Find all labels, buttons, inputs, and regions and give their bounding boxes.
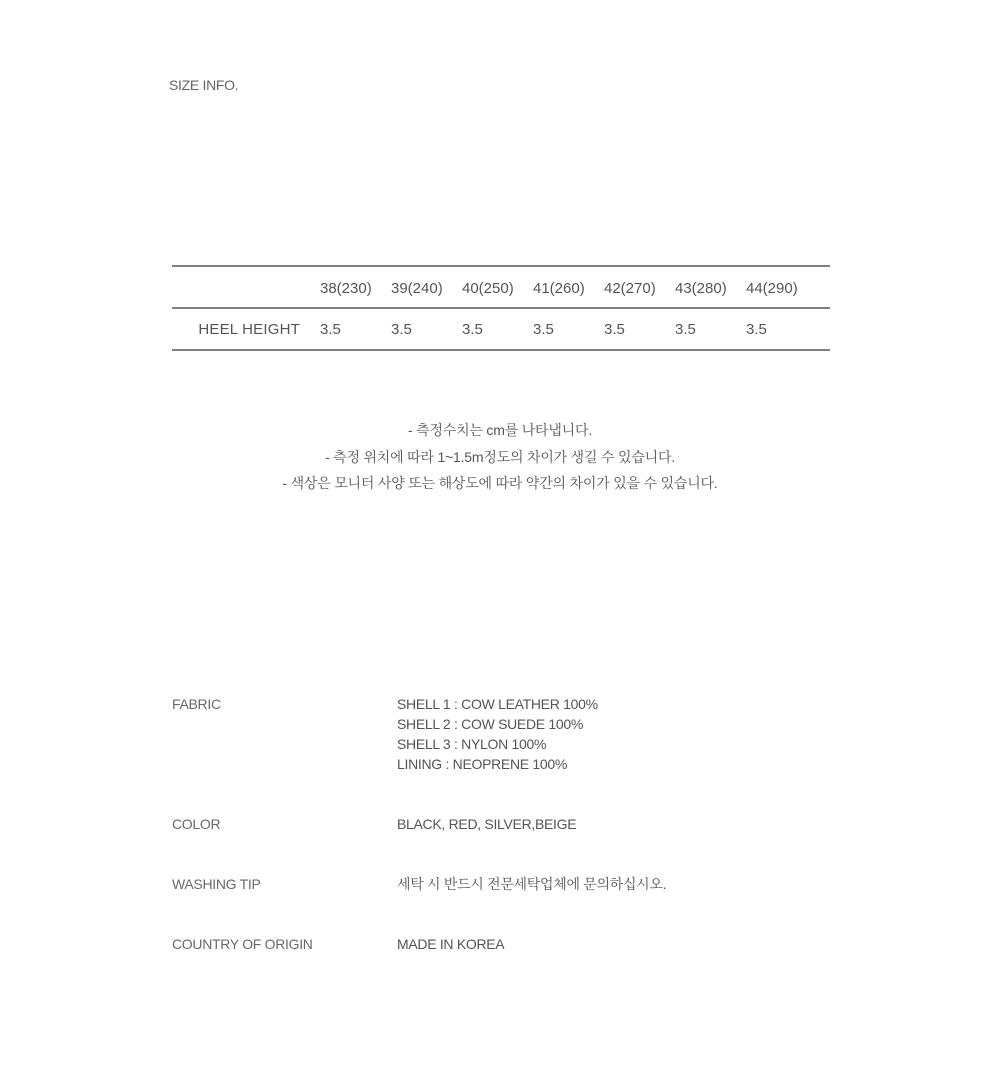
row-value: 3.5 [746,308,817,350]
spec-label: COLOR [172,814,220,834]
section-title: SIZE INFO. [169,77,238,93]
size-header: 38(230) [320,266,391,308]
spec-value: SHELL 1 : COW LEATHER 100% SHELL 2 : COW… [397,694,598,774]
header-label-cell [172,266,320,308]
size-table: 38(230) 39(240) 40(250) 41(260) 42(270) … [172,265,830,351]
fabric-line: SHELL 1 : COW LEATHER 100% [397,694,598,714]
row-value: 3.5 [533,308,604,350]
row-label-text: HEEL HEIGHT [198,321,300,338]
spec-label: FABRIC [172,694,221,714]
row-value: 3.5 [391,308,462,350]
size-header: 43(280) [675,266,746,308]
spec-value: 세탁 시 반드시 전문세탁업체에 문의하십시오. [397,874,666,894]
spec-value: BLACK, RED, SILVER,BEIGE [397,814,576,834]
row-value: 3.5 [462,308,533,350]
row-value: 3.5 [320,308,391,350]
fabric-line: SHELL 2 : COW SUEDE 100% [397,714,598,734]
filler-cell [817,308,830,350]
fabric-line: SHELL 3 : NYLON 100% [397,734,598,754]
fabric-line: LINING : NEOPRENE 100% [397,754,598,774]
row-value: 3.5 [604,308,675,350]
note-line: - 색상은 모니터 사양 또는 해상도에 따라 약간의 차이가 있을 수 있습니… [0,470,1000,497]
note-line: - 측정 위치에 따라 1~1.5m정도의 차이가 생길 수 있습니다. [0,444,1000,471]
size-header: 40(250) [462,266,533,308]
size-header-row: 38(230) 39(240) 40(250) 41(260) 42(270) … [172,266,830,308]
size-header: 44(290) [746,266,817,308]
row-value: 3.5 [675,308,746,350]
size-header: 41(260) [533,266,604,308]
filler-cell [817,266,830,308]
row-label: HEEL HEIGHT [172,308,320,350]
spec-value: MADE IN KOREA [397,934,504,954]
size-header: 42(270) [604,266,675,308]
note-line: - 측정수치는 cm를 나타냅니다. [0,417,1000,444]
size-header: 39(240) [391,266,462,308]
table-row: HEEL HEIGHT 3.5 3.5 3.5 3.5 3.5 3.5 3.5 [172,308,830,350]
measurement-notes: - 측정수치는 cm를 나타냅니다. - 측정 위치에 따라 1~1.5m정도의… [0,417,1000,497]
spec-label: WASHING TIP [172,874,261,894]
spec-label: COUNTRY OF ORIGIN [172,934,313,954]
